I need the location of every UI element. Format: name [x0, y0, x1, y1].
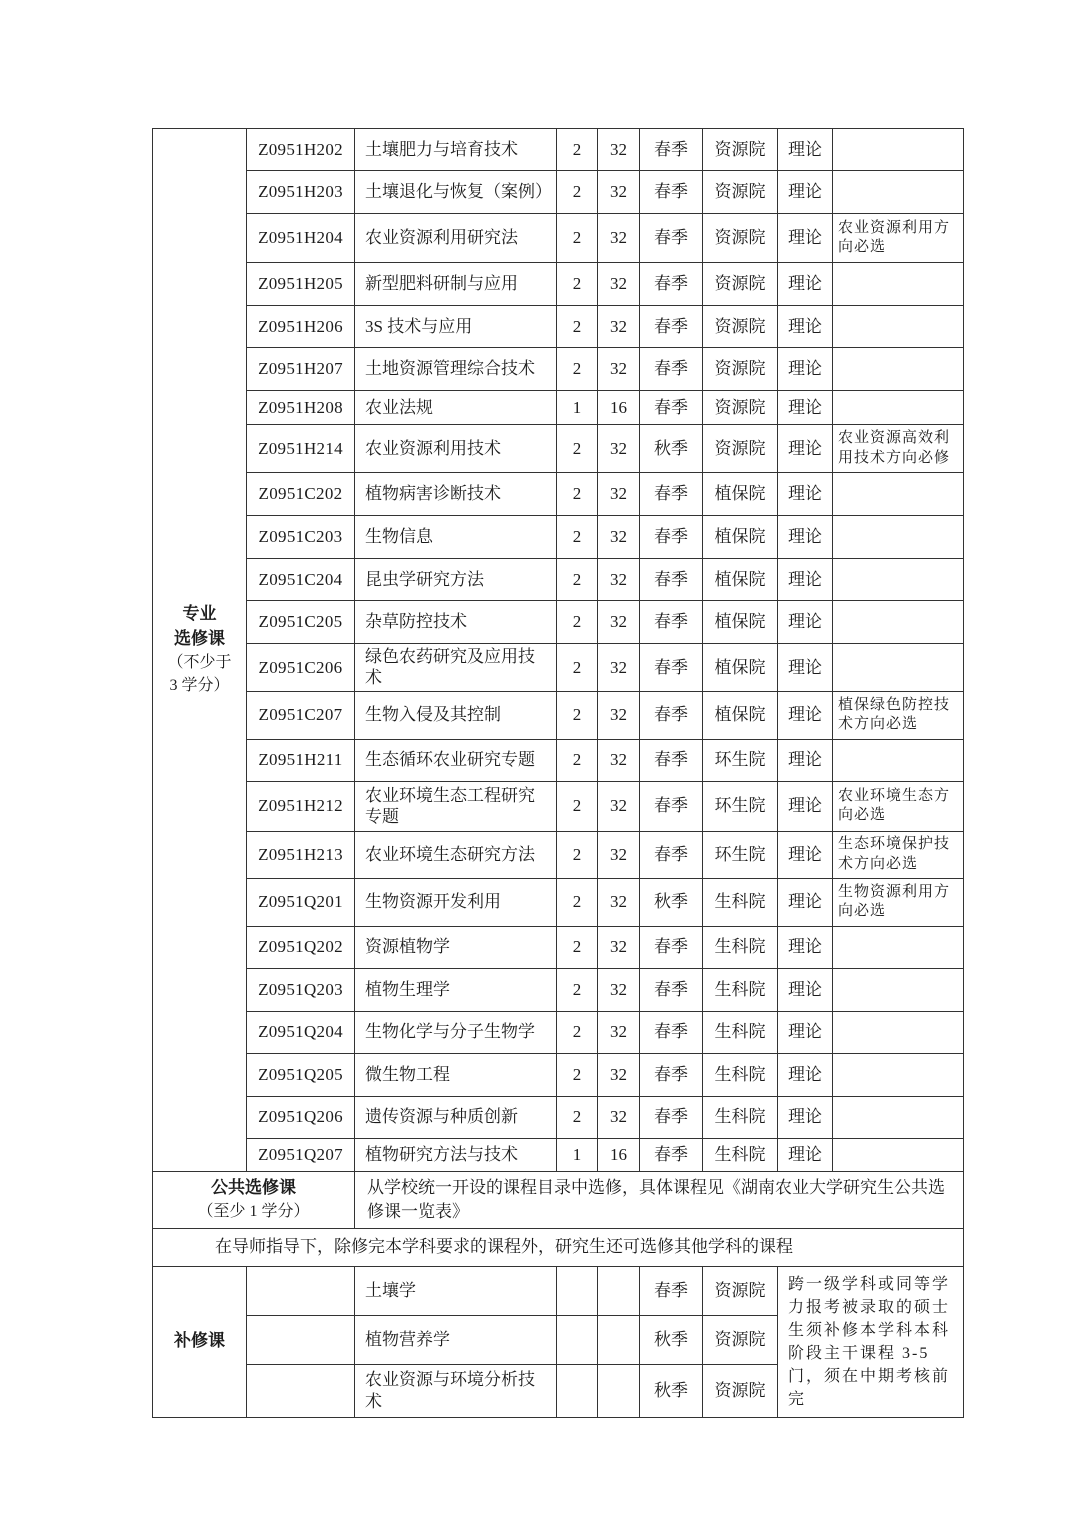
semester-cell: 秋季 [640, 425, 703, 473]
course-row: 专业 选修课（不少于 3 学分）Z0951H202土壤肥力与培育技术232春季资… [153, 129, 964, 171]
hours-cell: 16 [598, 1138, 640, 1171]
credits-cell: 2 [557, 926, 598, 968]
note-cell [833, 1096, 964, 1138]
course-name-cell: 微生物工程 [355, 1053, 557, 1096]
course-name-cell: 植物研究方法与技术 [355, 1138, 557, 1171]
semester-cell: 春季 [640, 1096, 703, 1138]
department-cell: 植保院 [703, 691, 778, 739]
curriculum-table: 专业 选修课（不少于 3 学分）Z0951H202土壤肥力与培育技术232春季资… [152, 128, 964, 1418]
course-row: Z0951H205新型肥料研制与应用232春季资源院理论 [153, 263, 964, 306]
credits-cell: 2 [557, 214, 598, 263]
course-code-cell: Z0951Q203 [247, 968, 355, 1011]
hours-cell: 32 [598, 129, 640, 171]
department-cell: 环生院 [703, 831, 778, 878]
credits-cell [557, 1315, 598, 1364]
hours-cell [598, 1266, 640, 1315]
semester-cell: 春季 [640, 129, 703, 171]
hours-cell: 32 [598, 425, 640, 473]
department-cell: 环生院 [703, 739, 778, 781]
curriculum-sheet: 专业 选修课（不少于 3 学分）Z0951H202土壤肥力与培育技术232春季资… [152, 128, 963, 1418]
credits-cell: 2 [557, 781, 598, 831]
department-cell: 生科院 [703, 878, 778, 926]
department-cell: 资源院 [703, 1266, 778, 1315]
note-cell: 农业环境生态方向必选 [833, 781, 964, 831]
hours-cell: 32 [598, 214, 640, 263]
course-type-cell: 理论 [778, 559, 833, 601]
semester-cell: 秋季 [640, 1364, 703, 1417]
course-name-cell: 植物病害诊断技术 [355, 473, 557, 516]
hours-cell: 32 [598, 306, 640, 348]
course-row: Z0951H211生态循环农业研究专题232春季环生院理论 [153, 739, 964, 781]
course-name-cell: 农业资源利用技术 [355, 425, 557, 473]
course-code-cell: Z0951H212 [247, 781, 355, 831]
course-code-cell: Z0951H203 [247, 171, 355, 214]
department-cell: 资源院 [703, 348, 778, 391]
hours-cell: 32 [598, 831, 640, 878]
course-code-cell [247, 1364, 355, 1417]
semester-cell: 春季 [640, 831, 703, 878]
credits-cell: 2 [557, 263, 598, 306]
course-name-cell: 农业资源与环境分析技术 [355, 1364, 557, 1417]
course-type-cell: 理论 [778, 1011, 833, 1053]
semester-cell: 春季 [640, 348, 703, 391]
department-cell: 资源院 [703, 171, 778, 214]
course-type-cell: 理论 [778, 831, 833, 878]
category-subtitle: （不少于 3 学分） [156, 651, 243, 697]
department-cell: 环生院 [703, 781, 778, 831]
note-cell [833, 926, 964, 968]
course-type-cell: 理论 [778, 306, 833, 348]
course-row: Z0951H203土壤退化与恢复（案例）232春季资源院理论 [153, 171, 964, 214]
course-type-cell: 理论 [778, 171, 833, 214]
hours-cell: 32 [598, 691, 640, 739]
course-type-cell: 理论 [778, 348, 833, 391]
course-code-cell: Z0951H202 [247, 129, 355, 171]
semester-cell: 春季 [640, 739, 703, 781]
course-type-cell: 理论 [778, 739, 833, 781]
credits-cell [557, 1266, 598, 1315]
credits-cell: 1 [557, 391, 598, 425]
curriculum-table-body: 专业 选修课（不少于 3 学分）Z0951H202土壤肥力与培育技术232春季资… [153, 129, 964, 1418]
course-type-cell: 理论 [778, 1096, 833, 1138]
document-page: 专业 选修课（不少于 3 学分）Z0951H202土壤肥力与培育技术232春季资… [0, 0, 1074, 1520]
course-name-cell: 植物营养学 [355, 1315, 557, 1364]
credits-cell: 2 [557, 831, 598, 878]
credits-cell: 2 [557, 348, 598, 391]
course-row: Z0951H208农业法规116春季资源院理论 [153, 391, 964, 425]
hours-cell: 32 [598, 516, 640, 559]
course-type-cell: 理论 [778, 473, 833, 516]
course-type-cell: 理论 [778, 601, 833, 644]
note-cell: 农业资源利用方向必选 [833, 214, 964, 263]
note-cell [833, 1011, 964, 1053]
note-cell [833, 644, 964, 692]
course-type-cell: 理论 [778, 1138, 833, 1171]
course-row: Z0951C207生物入侵及其控制232春季植保院理论植保绿色防控技术方向必选 [153, 691, 964, 739]
category-cell-electives: 专业 选修课（不少于 3 学分） [153, 129, 247, 1172]
department-cell: 植保院 [703, 473, 778, 516]
course-code-cell: Z0951H213 [247, 831, 355, 878]
course-name-cell: 新型肥料研制与应用 [355, 263, 557, 306]
note-cell [833, 601, 964, 644]
course-row: Z0951H212农业环境生态工程研究专题232春季环生院理论农业环境生态方向必… [153, 781, 964, 831]
semester-cell: 春季 [640, 306, 703, 348]
course-code-cell: Z0951Q204 [247, 1011, 355, 1053]
public-elective-description: 从学校统一开设的课程目录中选修，具体课程见《湖南农业大学研究生公共选修课一览表》 [355, 1171, 964, 1228]
hours-cell [598, 1364, 640, 1417]
course-name-cell: 土壤退化与恢复（案例） [355, 171, 557, 214]
category-title: 公共选修课 [156, 1176, 351, 1201]
course-row: Z0951Q201生物资源开发利用232秋季生科院理论生物资源利用方向必选 [153, 878, 964, 926]
department-cell: 植保院 [703, 516, 778, 559]
semester-cell: 春季 [640, 214, 703, 263]
credits-cell: 2 [557, 601, 598, 644]
course-name-cell: 遗传资源与种质创新 [355, 1096, 557, 1138]
course-code-cell: Z0951H207 [247, 348, 355, 391]
category-cell-public-elective: 公共选修课（至少 1 学分） [153, 1171, 355, 1228]
credits-cell: 2 [557, 1011, 598, 1053]
semester-cell: 春季 [640, 263, 703, 306]
department-cell: 资源院 [703, 214, 778, 263]
credits-cell: 2 [557, 739, 598, 781]
hours-cell: 32 [598, 878, 640, 926]
category-cell-supplementary: 补修课 [153, 1266, 247, 1417]
course-code-cell: Z0951C207 [247, 691, 355, 739]
course-type-cell: 理论 [778, 644, 833, 692]
course-row: Z0951C204昆虫学研究方法232春季植保院理论 [153, 559, 964, 601]
semester-cell: 春季 [640, 559, 703, 601]
course-name-cell: 绿色农药研究及应用技术 [355, 644, 557, 692]
note-cell [833, 348, 964, 391]
category-title: 补修课 [156, 1329, 243, 1354]
department-cell: 生科院 [703, 1138, 778, 1171]
course-code-cell: Z0951Q202 [247, 926, 355, 968]
department-cell: 生科院 [703, 1053, 778, 1096]
course-type-cell: 理论 [778, 425, 833, 473]
credits-cell: 1 [557, 1138, 598, 1171]
credits-cell: 2 [557, 1053, 598, 1096]
semester-cell: 春季 [640, 601, 703, 644]
note-cell [833, 1138, 964, 1171]
credits-cell [557, 1364, 598, 1417]
course-name-cell: 农业法规 [355, 391, 557, 425]
hours-cell: 32 [598, 1011, 640, 1053]
course-row: Z0951H2063S 技术与应用232春季资源院理论 [153, 306, 964, 348]
department-cell: 资源院 [703, 391, 778, 425]
course-code-cell: Z0951Q206 [247, 1096, 355, 1138]
course-row: Z0951Q205微生物工程232春季生科院理论 [153, 1053, 964, 1096]
credits-cell: 2 [557, 425, 598, 473]
course-name-cell: 农业环境生态研究方法 [355, 831, 557, 878]
department-cell: 植保院 [703, 644, 778, 692]
course-name-cell: 生物入侵及其控制 [355, 691, 557, 739]
credits-cell: 2 [557, 1096, 598, 1138]
note-cell [833, 129, 964, 171]
course-row: Z0951Q206遗传资源与种质创新232春季生科院理论 [153, 1096, 964, 1138]
course-code-cell: Z0951Q201 [247, 878, 355, 926]
note-cell: 农业资源高效利用技术方向必修 [833, 425, 964, 473]
course-code-cell: Z0951Q207 [247, 1138, 355, 1171]
semester-cell: 秋季 [640, 1315, 703, 1364]
course-name-cell: 昆虫学研究方法 [355, 559, 557, 601]
course-code-cell: Z0951C203 [247, 516, 355, 559]
hours-cell: 32 [598, 1096, 640, 1138]
supplementary-note-cell: 跨一级学科或同等学力报考被录取的硕士生须补修本学科本科阶段主干课程 3-5 门，… [778, 1266, 964, 1417]
course-row: Z0951H204农业资源利用研究法232春季资源院理论农业资源利用方向必选 [153, 214, 964, 263]
hours-cell: 16 [598, 391, 640, 425]
course-row: Z0951C203生物信息232春季植保院理论 [153, 516, 964, 559]
course-code-cell: Z0951C202 [247, 473, 355, 516]
course-type-cell: 理论 [778, 129, 833, 171]
note-cell: 植保绿色防控技术方向必选 [833, 691, 964, 739]
credits-cell: 2 [557, 473, 598, 516]
course-name-cell: 植物生理学 [355, 968, 557, 1011]
course-name-cell: 生物信息 [355, 516, 557, 559]
course-type-cell: 理论 [778, 516, 833, 559]
hours-cell: 32 [598, 601, 640, 644]
credits-cell: 2 [557, 559, 598, 601]
course-type-cell: 理论 [778, 214, 833, 263]
course-code-cell: Z0951H206 [247, 306, 355, 348]
note-cell: 生态环境保护技术方向必选 [833, 831, 964, 878]
course-code-cell: Z0951C206 [247, 644, 355, 692]
course-name-cell: 土壤肥力与培育技术 [355, 129, 557, 171]
course-row: Z0951Q203植物生理学232春季生科院理论 [153, 968, 964, 1011]
semester-cell: 春季 [640, 968, 703, 1011]
course-code-cell: Z0951H214 [247, 425, 355, 473]
semester-cell: 春季 [640, 473, 703, 516]
semester-cell: 春季 [640, 781, 703, 831]
note-cell [833, 171, 964, 214]
semester-cell: 春季 [640, 1138, 703, 1171]
department-cell: 生科院 [703, 968, 778, 1011]
course-row: Z0951Q207植物研究方法与技术116春季生科院理论 [153, 1138, 964, 1171]
credits-cell: 2 [557, 171, 598, 214]
course-row: Z0951Q204生物化学与分子生物学232春季生科院理论 [153, 1011, 964, 1053]
department-cell: 资源院 [703, 1364, 778, 1417]
department-cell: 植保院 [703, 559, 778, 601]
course-code-cell: Z0951H208 [247, 391, 355, 425]
course-name-cell: 土地资源管理综合技术 [355, 348, 557, 391]
course-type-cell: 理论 [778, 691, 833, 739]
course-code-cell: Z0951H204 [247, 214, 355, 263]
course-type-cell: 理论 [778, 391, 833, 425]
department-cell: 资源院 [703, 425, 778, 473]
semester-cell: 春季 [640, 644, 703, 692]
hours-cell: 32 [598, 559, 640, 601]
course-name-cell: 生物化学与分子生物学 [355, 1011, 557, 1053]
semester-cell: 春季 [640, 926, 703, 968]
hours-cell: 32 [598, 473, 640, 516]
hours-cell: 32 [598, 348, 640, 391]
semester-cell: 春季 [640, 691, 703, 739]
course-type-cell: 理论 [778, 1053, 833, 1096]
course-name-cell: 土壤学 [355, 1266, 557, 1315]
course-type-cell: 理论 [778, 781, 833, 831]
department-cell: 资源院 [703, 1315, 778, 1364]
course-name-cell: 农业环境生态工程研究专题 [355, 781, 557, 831]
course-type-cell: 理论 [778, 878, 833, 926]
course-name-cell: 3S 技术与应用 [355, 306, 557, 348]
credits-cell: 2 [557, 306, 598, 348]
note-cell [833, 391, 964, 425]
hours-cell: 32 [598, 781, 640, 831]
course-name-cell: 生物资源开发利用 [355, 878, 557, 926]
note-cell [833, 263, 964, 306]
course-row: Z0951H214农业资源利用技术232秋季资源院理论农业资源高效利用技术方向必… [153, 425, 964, 473]
note-cell [833, 968, 964, 1011]
advisor-note-cell: 在导师指导下，除修完本学科要求的课程外，研究生还可选修其他学科的课程 [153, 1228, 964, 1266]
note-cell [833, 306, 964, 348]
hours-cell: 32 [598, 644, 640, 692]
course-code-cell: Z0951Q205 [247, 1053, 355, 1096]
credits-cell: 2 [557, 516, 598, 559]
course-code-cell: Z0951H211 [247, 739, 355, 781]
hours-cell: 32 [598, 739, 640, 781]
note-cell [833, 1053, 964, 1096]
course-name-cell: 资源植物学 [355, 926, 557, 968]
semester-cell: 春季 [640, 1266, 703, 1315]
note-cell: 生物资源利用方向必选 [833, 878, 964, 926]
department-cell: 资源院 [703, 306, 778, 348]
credits-cell: 2 [557, 644, 598, 692]
note-cell [833, 559, 964, 601]
note-cell [833, 739, 964, 781]
course-code-cell: Z0951H205 [247, 263, 355, 306]
course-name-cell: 生态循环农业研究专题 [355, 739, 557, 781]
course-type-cell: 理论 [778, 263, 833, 306]
credits-cell: 2 [557, 878, 598, 926]
department-cell: 生科院 [703, 1096, 778, 1138]
hours-cell [598, 1315, 640, 1364]
course-row: Z0951Q202资源植物学232春季生科院理论 [153, 926, 964, 968]
course-type-cell: 理论 [778, 968, 833, 1011]
course-code-cell: Z0951C204 [247, 559, 355, 601]
category-title: 专业 选修课 [156, 602, 243, 651]
hours-cell: 32 [598, 263, 640, 306]
course-code-cell [247, 1315, 355, 1364]
department-cell: 资源院 [703, 263, 778, 306]
semester-cell: 春季 [640, 1011, 703, 1053]
supplementary-course-row: 补修课土壤学春季资源院跨一级学科或同等学力报考被录取的硕士生须补修本学科本科阶段… [153, 1266, 964, 1315]
category-subtitle: （至少 1 学分） [156, 1200, 351, 1223]
hours-cell: 32 [598, 926, 640, 968]
semester-cell: 春季 [640, 391, 703, 425]
course-code-cell [247, 1266, 355, 1315]
credits-cell: 2 [557, 968, 598, 1011]
hours-cell: 32 [598, 1053, 640, 1096]
public-elective-row: 公共选修课（至少 1 学分）从学校统一开设的课程目录中选修，具体课程见《湖南农业… [153, 1171, 964, 1228]
credits-cell: 2 [557, 129, 598, 171]
department-cell: 生科院 [703, 1011, 778, 1053]
course-name-cell: 农业资源利用研究法 [355, 214, 557, 263]
semester-cell: 春季 [640, 1053, 703, 1096]
semester-cell: 春季 [640, 516, 703, 559]
course-code-cell: Z0951C205 [247, 601, 355, 644]
hours-cell: 32 [598, 968, 640, 1011]
course-type-cell: 理论 [778, 926, 833, 968]
department-cell: 资源院 [703, 129, 778, 171]
credits-cell: 2 [557, 691, 598, 739]
semester-cell: 春季 [640, 171, 703, 214]
department-cell: 生科院 [703, 926, 778, 968]
department-cell: 植保院 [703, 601, 778, 644]
course-row: Z0951C202植物病害诊断技术232春季植保院理论 [153, 473, 964, 516]
course-row: Z0951C206绿色农药研究及应用技术232春季植保院理论 [153, 644, 964, 692]
note-cell [833, 473, 964, 516]
semester-cell: 秋季 [640, 878, 703, 926]
note-cell [833, 516, 964, 559]
advisor-note-row: 在导师指导下，除修完本学科要求的课程外，研究生还可选修其他学科的课程 [153, 1228, 964, 1266]
course-name-cell: 杂草防控技术 [355, 601, 557, 644]
course-row: Z0951C205杂草防控技术232春季植保院理论 [153, 601, 964, 644]
course-row: Z0951H207土地资源管理综合技术232春季资源院理论 [153, 348, 964, 391]
hours-cell: 32 [598, 171, 640, 214]
course-row: Z0951H213农业环境生态研究方法232春季环生院理论生态环境保护技术方向必… [153, 831, 964, 878]
